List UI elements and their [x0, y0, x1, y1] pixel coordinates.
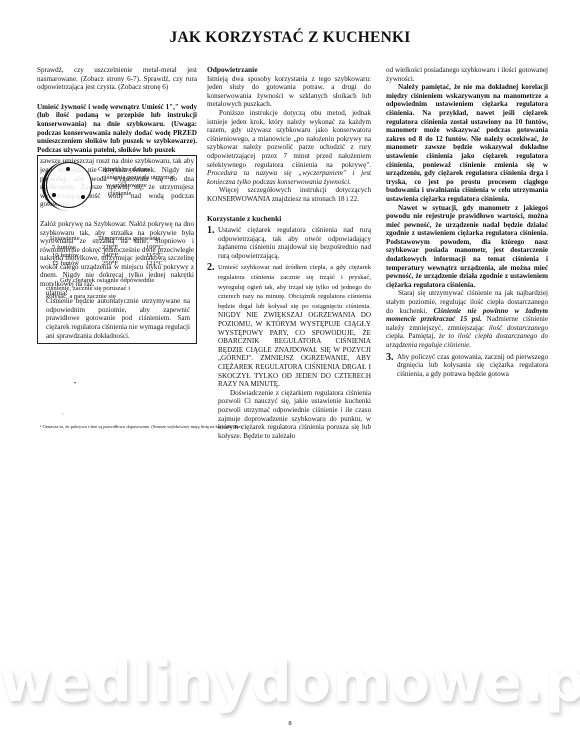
step-2-warning-caps: NIGDY NIE ZWIĘKSZAJ OGRZEWANIA DO POZIOM… [218, 311, 371, 388]
paragraph-size-quantity: od wielkości posiadanego szybkowaru i il… [386, 66, 548, 83]
footnote: ¹ Oznacza to, że pokrywa i dno są prawid… [40, 424, 243, 430]
step-2-text: Umieść szybkowar nad źródłem ciepła, a g… [218, 264, 371, 309]
venting-text: Poniższe instrukcje dotyczą obu metod, j… [207, 109, 371, 169]
step-number: 3. [386, 353, 397, 379]
paragraph-gauge-failure: Nawet w sytuacji, gdy manometr z jakiego… [386, 204, 548, 290]
overlay-label: ciśnienia pozwala utrzymać [102, 174, 175, 182]
paragraph-gauge-correlation: Należy pamiętać, że nie ma dokładnej kor… [386, 83, 548, 203]
footnote-text: Oznacza to, że pokrywa i dno są prawidło… [43, 424, 243, 429]
italic-text: ilość dostarczanego [489, 324, 548, 332]
table-cell: 15 funtów [52, 260, 79, 268]
overlay-label: Ciężarek regulatora [98, 166, 150, 174]
text: ciepła. Pamiętaj, [386, 332, 435, 340]
pressure-gauge-illustration [46, 162, 92, 208]
step-2-experience: Doświadczenie z ciężarkiem regulatora ci… [218, 389, 371, 441]
bold-lead: Umieść żywność i wodę wewnątrz Umieść 1"… [37, 103, 197, 154]
step-content: Umieść szybkowar nad źródłem ciepła, a g… [218, 263, 371, 440]
step-number: 1. [207, 226, 218, 260]
paragraph-check-seal: Sprawdź, czy uszczelnienie metal-metal j… [37, 66, 197, 92]
overlay-label: w szybkowarze [106, 182, 147, 190]
gauge-dot [81, 195, 85, 199]
step-text: Umieść szybkowar nad źródłem ciepła, a g… [218, 263, 371, 388]
table-cell: 250°F [102, 260, 118, 268]
gauge-dot [66, 167, 70, 171]
paragraph-add-food-water: Umieść żywność i wodę wewnątrz Umieść 1"… [37, 103, 197, 155]
table-header-temp: Temperatura gotowania [98, 235, 160, 243]
watermark: wedlinydomowe.pl [0, 650, 580, 715]
table-cell: 109°C [146, 244, 163, 252]
section-heading-using-stove: Korzystanie z kuchenki [207, 215, 371, 224]
venting-italic-note: Procedura ta nazywa się „wyczerpaniem" i… [207, 169, 371, 186]
column-middle: Odpowietrzanie Istnieją dwa sposoby korz… [207, 66, 371, 440]
overlay-text: kołysać, a para zacznie się [46, 293, 116, 301]
paragraph-keep-pressure: Staraj się utrzymywać ciśnienie na jak n… [386, 289, 548, 349]
step-text: Ustawić ciężarek regulatora ciśnienia na… [218, 226, 371, 260]
step-1: 1. Ustawić ciężarek regulatora ciśnienia… [207, 226, 371, 260]
table-cell: 121°C [146, 260, 163, 268]
table-cell: 115°C [146, 252, 163, 260]
table-cell: 5 funtów [52, 244, 76, 252]
table-cell: 10 funtów [52, 252, 79, 260]
overlay-label: ciśnienie [108, 190, 131, 198]
column-left: Sprawdź, czy uszczelnienie metal-metal j… [37, 66, 197, 344]
section-heading-venting: Odpowietrzanie [207, 66, 371, 75]
overlay-text: Gdy ciężarek osiągnie odpowiednie [60, 277, 154, 285]
paragraph-two-methods: Istnieją dwa sposoby korzystania z tego … [207, 75, 371, 109]
stray-mark: • [74, 381, 76, 387]
step-text: Aby policzyć czas gotowania, zacznij od … [397, 353, 548, 379]
instruction-box: zawsze umieszczaj ruszt na dnie szybkowa… [37, 155, 197, 344]
gauge-dot [52, 193, 56, 197]
step-3: 3. Aby policzyć czas gotowania, zacznij … [386, 353, 548, 379]
paragraph-venting-step: Poniższe instrukcje dotyczą obu metod, j… [207, 109, 371, 186]
step-number: 2. [207, 263, 218, 440]
table-header-setting: Ustawienie [50, 235, 80, 243]
stray-mark: ‚ [62, 411, 64, 416]
table-cell: 228°F [102, 244, 118, 252]
page-number: 8 [0, 720, 580, 727]
step-2: 2. Umieść szybkowar nad źródłem ciepła, … [207, 263, 371, 440]
overlay-text: ciśnienie, zacznie się poruszać i [46, 285, 130, 293]
paragraph-canning-ref: Więcej szczegółowych instrukcji dotycząc… [207, 186, 371, 203]
box-text-pressure: Cisnienie będzie automatycznie utrzymywa… [46, 297, 190, 340]
footnote-marker: ¹ [40, 424, 41, 429]
page-title: JAK KORZYSTAĆ Z KUCHENKI [0, 29, 580, 47]
table-cell: 240°F [102, 252, 118, 260]
column-right: od wielkości posiadanego szybkowaru i il… [386, 66, 548, 378]
